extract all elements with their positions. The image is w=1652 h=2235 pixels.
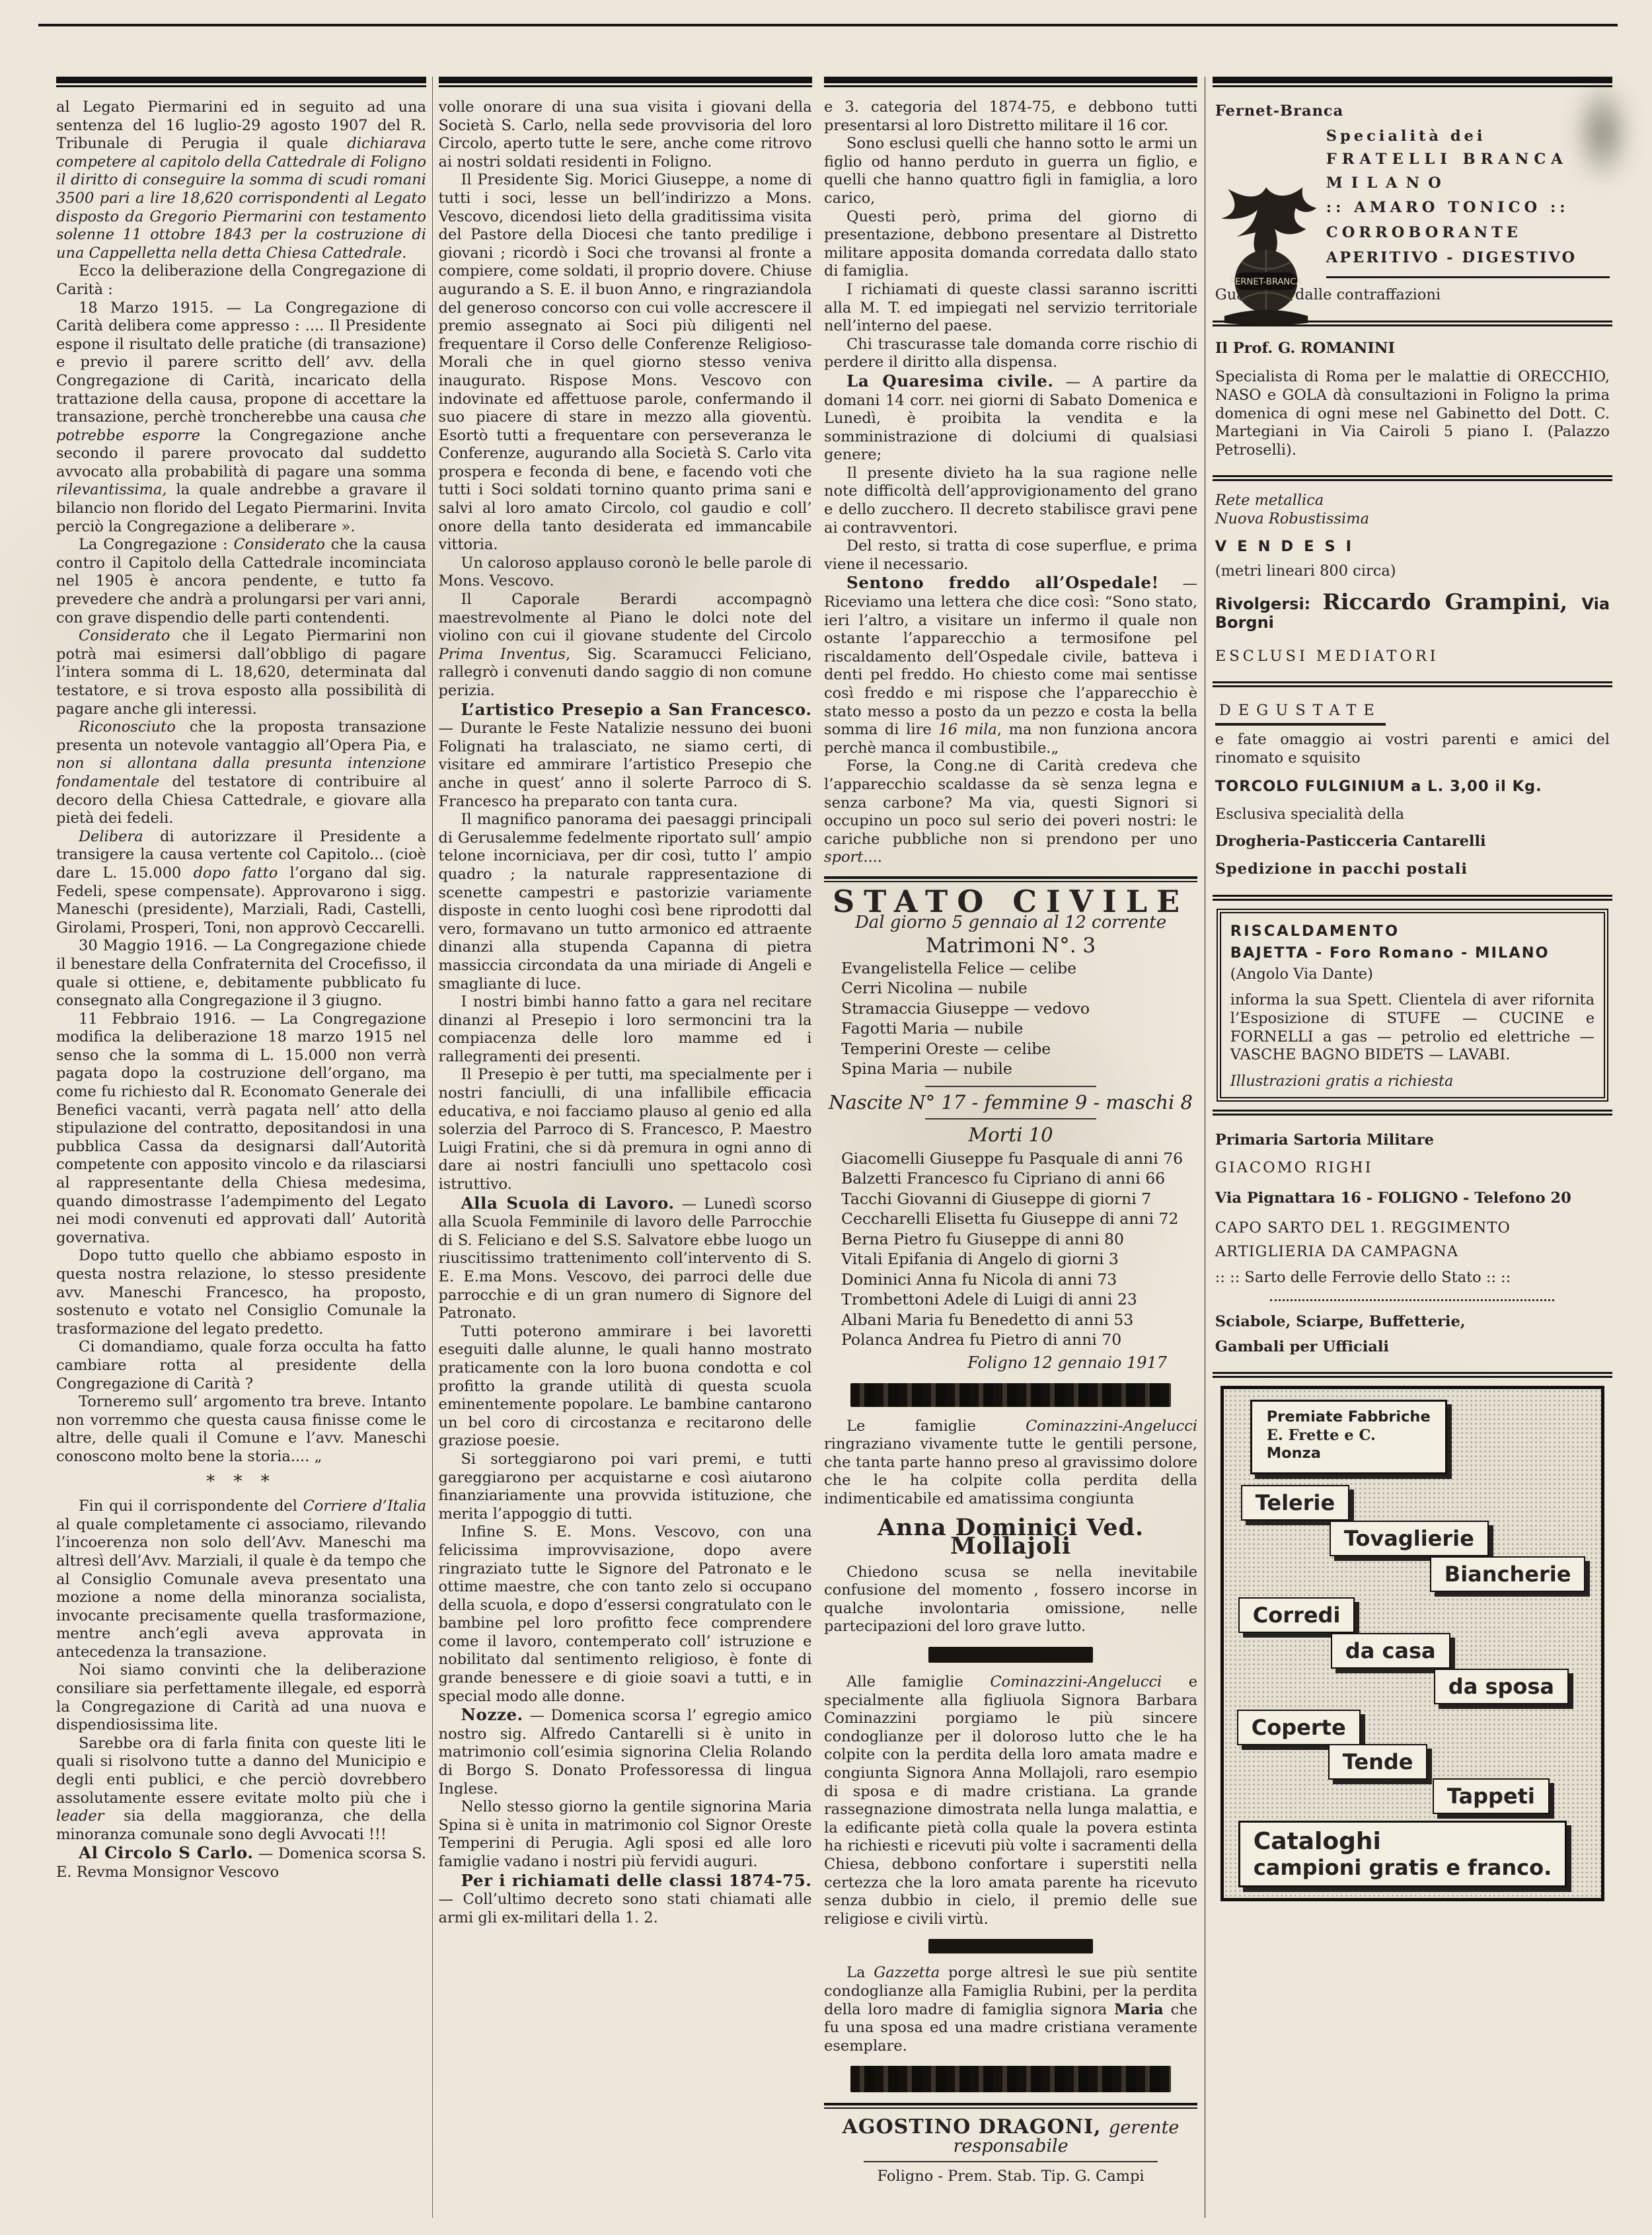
article-al-circolo-s-carlo: Al Circolo S Carlo. — Domenica scorsa S.… bbox=[56, 1844, 426, 1881]
paragraph: 18 Marzo 1915. — La Congregazione di Car… bbox=[56, 299, 426, 537]
ad-divider bbox=[1213, 475, 1612, 481]
rete-contact-label: Rivolgersi: bbox=[1215, 595, 1323, 613]
paragraph: I richiamati di queste classi saranno is… bbox=[824, 281, 1197, 336]
marriage-entry: Fagotti Maria — nubile bbox=[841, 1018, 1197, 1039]
asterism: * * * bbox=[56, 1473, 426, 1492]
double-rule bbox=[824, 876, 1197, 882]
degustate-line2: Esclusiva specialità della bbox=[1215, 806, 1610, 824]
righi-kicker: Primaria Sartoria Militare bbox=[1215, 1131, 1610, 1150]
ad-degustate-cantarelli: DEGUSTATE e fate omaggio ai vostri paren… bbox=[1213, 694, 1612, 888]
censored-bar bbox=[928, 1939, 1093, 1953]
ad-riscaldamento-bajetta: RISCALDAMENTO BAJETTA - Foro Romano - MI… bbox=[1217, 909, 1608, 1102]
fernet-corroborante-line: CORROBORANTE bbox=[1326, 224, 1610, 243]
gerente-line: AGOSTINO DRAGONI, gerente responsabile bbox=[824, 2118, 1197, 2155]
paragraph: Ci domandiamo, quale forza occulta ha fa… bbox=[56, 1338, 426, 1393]
frette-label-da-sposa: da sposa bbox=[1434, 1669, 1569, 1704]
article-quaresima-civile: La Quaresima civile. — A partire da doma… bbox=[824, 372, 1197, 465]
paragraph: Fin qui il corrispondente del Corriere d… bbox=[56, 1497, 426, 1661]
frette-kicker: Premiate Fabbriche bbox=[1267, 1408, 1431, 1427]
degustate-shipping-line: Spedizione in pacchi postali bbox=[1215, 860, 1610, 879]
paragraph: Sono esclusi quelli che hanno sotto le a… bbox=[824, 135, 1197, 208]
frette-label-corredi: Corredi bbox=[1238, 1597, 1355, 1633]
page-top-rule bbox=[38, 24, 1618, 26]
death-entry: Polanca Andrea fu Pietro di anni 70 bbox=[841, 1330, 1197, 1350]
paragraph: 11 Febbraio 1916. — La Congregazione mod… bbox=[56, 1010, 426, 1248]
death-entry: Ceccharelli Elisetta fu Giuseppe di anni… bbox=[841, 1209, 1197, 1229]
fernet-amaro-tonico-line: :: AMARO TONICO :: bbox=[1326, 199, 1610, 217]
paragraph: Alle famiglie Cominazzini-Angelucci e sp… bbox=[824, 1673, 1197, 1928]
ad-frette-monza: Premiate Fabbriche E. Frette e C. Monza … bbox=[1220, 1386, 1604, 1901]
paragraph: La Gazzetta porge altresì le sue più sen… bbox=[824, 1964, 1197, 2055]
righi-name: GIACOMO RIGHI bbox=[1215, 1159, 1610, 1178]
paragraph: La Congregazione : Considerato che la ca… bbox=[56, 536, 426, 627]
stato-civile-title: STATO CIVILE bbox=[824, 893, 1197, 911]
frette-label-telerie: Telerie bbox=[1241, 1485, 1349, 1521]
riscaldamento-title: RISCALDAMENTO bbox=[1230, 923, 1595, 941]
frette-company-name: E. Frette e C. bbox=[1267, 1427, 1431, 1445]
paragraph: Forse, la Cong.ne di Carità credeva che … bbox=[824, 757, 1197, 867]
riscaldamento-note: Illustrazioni gratis a richiesta bbox=[1230, 1073, 1595, 1091]
romanini-body: Specialista di Roma per le malattie di O… bbox=[1215, 368, 1610, 459]
column-divider bbox=[818, 77, 819, 2218]
degustate-product-line: TORCOLO FULGINIUM a L. 3,00 il Kg. bbox=[1215, 778, 1610, 796]
rete-metallica-line1: Rete metallica bbox=[1215, 492, 1610, 510]
nascite-heading: Nascite N° 17 - femmine 9 - maschi 8 bbox=[824, 1094, 1197, 1112]
riscaldamento-firm-line: BAJETTA - Foro Romano - MILANO bbox=[1230, 944, 1595, 963]
obituary-name: Anna Dominici Ved. Mollajoli bbox=[824, 1519, 1197, 1555]
frette-label-da-casa: da casa bbox=[1331, 1633, 1450, 1669]
death-entry: Albani Maria fu Benedetto di anni 53 bbox=[841, 1310, 1197, 1330]
paragraph: Il Caporale Berardi accompagnò maestrevo… bbox=[439, 591, 812, 701]
ad-prof-romanini: Il Prof. G. ROMANINI Specialista di Roma… bbox=[1213, 333, 1612, 469]
paragraph: volle onorare di una sua visita i giovan… bbox=[439, 98, 812, 171]
frette-catalog-line1: Cataloghi bbox=[1254, 1828, 1552, 1855]
rete-metallica-line2: Nuova Robustissima bbox=[1215, 510, 1610, 529]
short-divider bbox=[925, 1118, 1097, 1119]
righi-title-line2: ARTIGLIERIA DA CAMPAGNA bbox=[1215, 1243, 1610, 1262]
marriage-entry: Stramaccia Giuseppe — vedovo bbox=[841, 999, 1197, 1019]
ad-divider bbox=[1213, 681, 1612, 687]
righi-title-line3: :: :: Sarto delle Ferrovie dello Stato :… bbox=[1215, 1269, 1610, 1287]
paragraph: Torneremo sull’ argomento tra breve. Int… bbox=[56, 1393, 426, 1466]
rete-esclusi-mediatori: ESCLUSI MEDIATORI bbox=[1215, 648, 1610, 666]
ad-divider bbox=[1213, 1110, 1612, 1116]
frette-label-tappeti: Tappeti bbox=[1433, 1778, 1550, 1814]
paragraph: 30 Maggio 1916. — La Congregazione chied… bbox=[56, 937, 426, 1010]
thin-rule bbox=[864, 2161, 1158, 2162]
column-divider bbox=[432, 77, 433, 2218]
riscaldamento-address-line: (Angolo Via Dante) bbox=[1230, 966, 1595, 984]
marriage-entry: Spina Maria — nubile bbox=[841, 1059, 1197, 1079]
ads-column: Fernet-Branca FERNET-BRANCA Specialità d… bbox=[1213, 77, 1612, 2218]
paragraph: Ecco la deliberazione della Congregazion… bbox=[56, 262, 426, 299]
paragraph: al Legato Piermarini ed in seguito ad un… bbox=[56, 98, 426, 262]
fernet-branca-eagle-logo: FERNET-BRANCA bbox=[1214, 176, 1318, 328]
rete-metri-line: (metri lineari 800 circa) bbox=[1215, 562, 1610, 581]
paragraph: Il magnifico panorama dei paesaggi princ… bbox=[439, 811, 812, 993]
righi-decorative-divider bbox=[1270, 1299, 1554, 1301]
marriage-entry: Evangelistella Felice — celibe bbox=[841, 958, 1197, 979]
frette-label-biancherie: Biancherie bbox=[1430, 1556, 1586, 1592]
ad-divider bbox=[1213, 1372, 1612, 1378]
article-richiamati-classi: Per i richiamati delle classi 1874-75. —… bbox=[439, 1872, 812, 1928]
frette-catalog-box: Cataloghi campioni gratis e franco. bbox=[1238, 1821, 1567, 1887]
paragraph: Chi trascurasse tale domanda corre risch… bbox=[824, 336, 1197, 372]
column-3: e 3. categoria del 1874-75, e debbono tu… bbox=[824, 77, 1197, 2218]
righi-products-line1: Sciabole, Sciarpe, Buffetterie, bbox=[1215, 1313, 1610, 1332]
article-freddo-ospedale: Sentono freddo all’Ospedale! — Riceviamo… bbox=[824, 574, 1197, 757]
frette-city: Monza bbox=[1267, 1445, 1431, 1463]
paragraph: Chiedono scusa se nella inevitabile conf… bbox=[824, 1564, 1197, 1636]
paragraph: Tutti poterono ammirare i bei lavoretti … bbox=[439, 1323, 812, 1451]
fernet-aperitivo-line: APERITIVO - DIGESTIVO bbox=[1326, 249, 1610, 279]
frette-header-box: Premiate Fabbriche E. Frette e C. Monza bbox=[1250, 1400, 1447, 1474]
paragraph: Riconosciuto che la proposta transazione… bbox=[56, 718, 426, 828]
ads-column-divider bbox=[1205, 77, 1205, 2218]
death-entry: Dominici Anna fu Nicola di anni 73 bbox=[841, 1269, 1197, 1290]
paragraph: Il Presidente Sig. Morici Giuseppe, a no… bbox=[439, 171, 812, 554]
printer-line: Foligno - Prem. Stab. Tip. G. Campi bbox=[824, 2168, 1197, 2186]
fernet-specialita-line: Specialità dei bbox=[1326, 128, 1610, 146]
frette-label-tovaglierie: Tovaglierie bbox=[1330, 1521, 1489, 1556]
degustate-title: DEGUSTATE bbox=[1215, 702, 1610, 720]
paragraph: Considerato che il Legato Piermarini non… bbox=[56, 627, 426, 718]
paragraph: Dal giorno 5 gennaio al 12 corrente bbox=[824, 914, 1197, 932]
riscaldamento-body: informa la sua Spett. Clientela di aver … bbox=[1230, 991, 1595, 1064]
paragraph: Le famiglie Cominazzini-Angelucci ringra… bbox=[824, 1418, 1197, 1509]
short-divider bbox=[925, 1086, 1097, 1087]
marriage-entry: Cerri Nicolina — nubile bbox=[841, 978, 1197, 999]
death-entry: Balzetti Francesco fu Cipriano di anni 6… bbox=[841, 1168, 1197, 1189]
paragraph: Questi però, prima del giorno di present… bbox=[824, 208, 1197, 281]
degustate-line1: e fate omaggio ai vostri parenti e amici… bbox=[1215, 731, 1610, 767]
degustate-shop-name: Drogheria-Pasticceria Cantarelli bbox=[1215, 833, 1610, 851]
paragraph: Delibera di autorizzare il Presidente a … bbox=[56, 828, 426, 938]
column-2: volle onorare di una sua visita i giovan… bbox=[439, 77, 812, 2218]
frette-product-labels: Telerie Tovaglierie Biancherie Corredi d… bbox=[1232, 1481, 1593, 1817]
paragraph: Il presente divieto ha la sua ragione ne… bbox=[824, 465, 1197, 537]
fernet-branca-title: Fernet-Branca bbox=[1215, 102, 1610, 121]
righi-products-line2: Gambali per Ufficiali bbox=[1215, 1338, 1610, 1357]
marriage-entry: Temperini Oreste — celibe bbox=[841, 1039, 1197, 1059]
paragraph: Un caloroso applauso coronò le belle par… bbox=[439, 554, 812, 591]
paragraph: Sarebbe ora di farla finita con queste l… bbox=[56, 1735, 426, 1844]
paragraph: Nello stesso giorno la gentile signorina… bbox=[439, 1798, 812, 1871]
paragraph: Infine S. E. Mons. Vescovo, con una feli… bbox=[439, 1523, 812, 1706]
rete-vendesi: VENDESI bbox=[1215, 538, 1610, 556]
article-presepio-san-francesco: L’artistico Presepio a San Francesco. — … bbox=[439, 701, 812, 812]
rete-contact-line: Rivolgersi: Riccardo Grampini, Via Borgn… bbox=[1215, 593, 1610, 633]
death-entry: Berna Pietro fu Giuseppe di anni 80 bbox=[841, 1229, 1197, 1250]
paragraph: Noi siamo convinti che la deliberazione … bbox=[56, 1661, 426, 1734]
censored-bar bbox=[850, 2066, 1172, 2092]
newspaper-page: al Legato Piermarini ed in seguito ad un… bbox=[0, 0, 1652, 2235]
fernet-brand-line: FRATELLI BRANCA bbox=[1326, 151, 1610, 169]
death-entry: Tacchi Giovanni di Giuseppe di giorni 7 bbox=[841, 1189, 1197, 1209]
paragraph: Si sorteggiarono poi vari premi, e tutti… bbox=[439, 1451, 812, 1523]
paragraph: e 3. categoria del 1874-75, e debbono tu… bbox=[824, 98, 1197, 135]
paragraph: Del resto, si tratta di cose superflue, … bbox=[824, 537, 1197, 574]
matrimoni-heading: Matrimoni N°. 3 bbox=[824, 937, 1197, 956]
frette-label-tende: Tende bbox=[1328, 1744, 1428, 1780]
paragraph: I nostri bimbi hanno fatto a gara nel re… bbox=[439, 993, 812, 1066]
dateline: Foligno 12 gennaio 1917 bbox=[824, 1354, 1197, 1373]
article-nozze: Nozze. — Domenica scorsa l’ egregio amic… bbox=[439, 1706, 812, 1798]
ad-divider bbox=[1213, 895, 1612, 901]
censored-bar bbox=[928, 1647, 1093, 1663]
article-scuola-di-lavoro: Alla Scuola di Lavoro. — Lunedì scorso a… bbox=[439, 1194, 812, 1323]
paragraph: Dopo tutto quello che abbiamo esposto in… bbox=[56, 1247, 426, 1338]
censored-bar bbox=[850, 1383, 1172, 1407]
ad-fernet-branca: Fernet-Branca FERNET-BRANCA Specialità d… bbox=[1213, 98, 1612, 314]
frette-catalog-line2: campioni gratis e franco. bbox=[1254, 1855, 1552, 1880]
ad-giacomo-righi: Primaria Sartoria Militare GIACOMO RIGHI… bbox=[1213, 1122, 1612, 1365]
morti-heading: Morti 10 bbox=[824, 1126, 1197, 1145]
frette-label-coperte: Coperte bbox=[1237, 1710, 1361, 1745]
righi-address: Via Pignattara 16 - FOLIGNO - Telefono 2… bbox=[1215, 1190, 1610, 1208]
double-rule bbox=[824, 2103, 1197, 2109]
paragraph: Il Presepio è per tutti, ma specialmente… bbox=[439, 1066, 812, 1193]
death-entry: Giacomelli Giuseppe fu Pasquale di anni … bbox=[841, 1149, 1197, 1169]
fernet-globe-band-label: FERNET-BRANCA bbox=[1230, 278, 1302, 287]
death-entry: Trombettoni Adele di Luigi di anni 23 bbox=[841, 1289, 1197, 1310]
death-entry: Vitali Epifania di Angelo di giorni 3 bbox=[841, 1249, 1197, 1269]
rete-contact-name: Riccardo Grampini, bbox=[1322, 589, 1581, 615]
fernet-city-line: MILANO bbox=[1326, 174, 1610, 193]
column-1: al Legato Piermarini ed in seguito ad un… bbox=[56, 77, 426, 2218]
romanini-title: Il Prof. G. ROMANINI bbox=[1215, 340, 1610, 358]
righi-title-line1: CAPO SARTO DEL 1. REGGIMENTO bbox=[1215, 1219, 1610, 1238]
ad-rete-metallica: Rete metallica Nuova Robustissima VENDES… bbox=[1213, 488, 1612, 675]
